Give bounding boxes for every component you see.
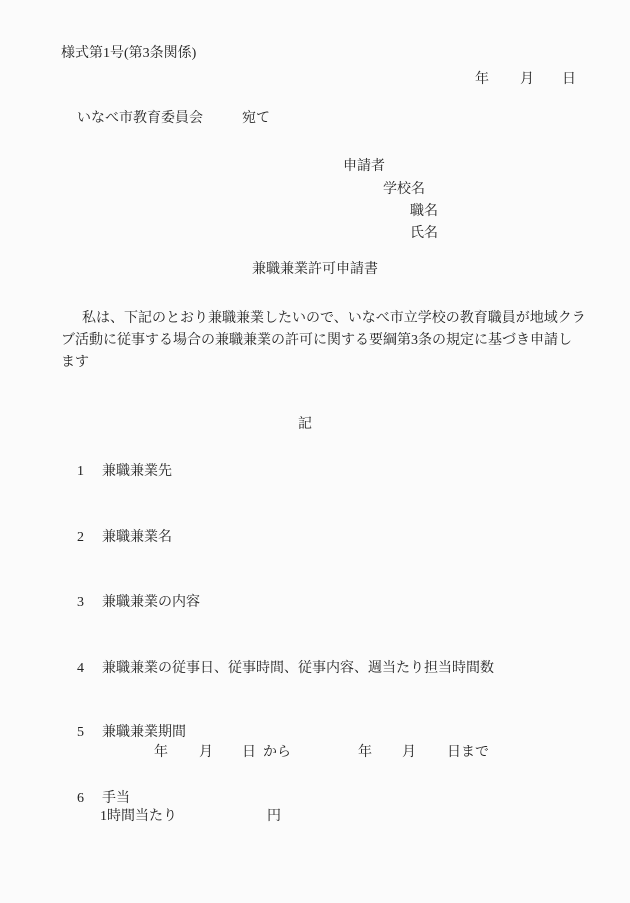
item-5-number: 5 (77, 723, 84, 743)
item-1-number: 1 (77, 462, 84, 482)
application-form-page: 様式第1号(第3条関係) 年 月 日 いなべ市教育委員会 宛て 申請者 学校名 … (0, 0, 630, 903)
body-paragraph-line-1: 私は、下記のとおり兼職兼業したいので、いなべ市立学校の教育職員が地域クラ (82, 309, 586, 329)
header-date-month-label: 月 (520, 70, 534, 90)
applicant-label: 申請者 (343, 157, 385, 177)
position-title-label: 職名 (410, 202, 438, 222)
allowance-per-hour-label: 1時間当たり (100, 807, 177, 827)
school-name-label: 学校名 (383, 180, 425, 200)
item-1-label: 兼職兼業先 (102, 462, 172, 482)
period-from-day-label: 日 (242, 743, 256, 763)
form-number: 様式第1号(第3条関係) (61, 44, 196, 64)
period-to-day-suffix: 日まで (447, 743, 489, 763)
period-from-word: から (263, 743, 291, 763)
item-4-label: 兼職兼業の従事日、従事時間、従事内容、週当たり担当時間数 (102, 659, 494, 679)
item-3-label: 兼職兼業の内容 (102, 593, 200, 613)
period-from-year-label: 年 (154, 743, 168, 763)
document-title: 兼職兼業許可申請書 (0, 260, 630, 280)
addressee-name: いなべ市教育委員会 (77, 109, 203, 129)
header-date-year-label: 年 (475, 70, 489, 90)
period-to-month-label: 月 (402, 743, 416, 763)
item-5-label: 兼職兼業期間 (102, 723, 186, 743)
allowance-unit-label: 円 (267, 807, 281, 827)
item-3-number: 3 (77, 593, 84, 613)
header-date-day-label: 日 (562, 70, 576, 90)
item-2-label: 兼職兼業名 (102, 528, 172, 548)
period-to-year-label: 年 (358, 743, 372, 763)
person-name-label: 氏名 (410, 224, 438, 244)
item-2-number: 2 (77, 528, 84, 548)
addressee-honorific: 宛て (242, 109, 270, 129)
item-4-number: 4 (77, 659, 84, 679)
period-from-month-label: 月 (199, 743, 213, 763)
body-paragraph-line-3: ます (61, 353, 89, 373)
body-paragraph-line-2: ブ活動に従事する場合の兼職兼業の許可に関する要綱第3条の規定に基づき申請し (61, 331, 572, 351)
item-6-label: 手当 (102, 789, 130, 809)
item-6-number: 6 (77, 789, 84, 809)
list-heading: 記 (298, 415, 312, 435)
